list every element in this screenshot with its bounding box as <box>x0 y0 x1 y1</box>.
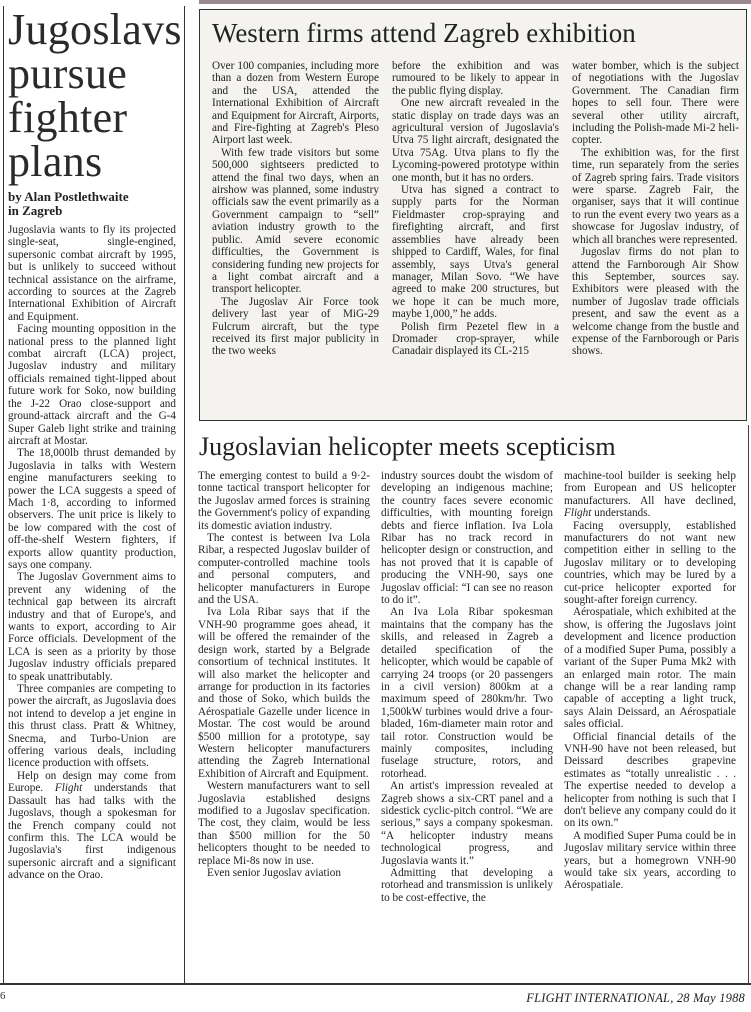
paragraph: water bomber, which is the subject of ne… <box>572 60 739 147</box>
bottom-rule <box>0 983 751 985</box>
right-border-rule <box>748 425 749 983</box>
paragraph: Over 100 companies, includ­ing more than… <box>212 60 379 147</box>
paragraph: Jugoslav firms do not plan to attend the… <box>572 246 739 358</box>
paragraph: The 18,000lb thrust demanded by Jugoslav… <box>8 447 176 571</box>
paragraph: The emerging contest to build a 9·2-tonn… <box>198 470 370 532</box>
byline-location: in Zagreb <box>8 204 176 218</box>
text-column: machine-tool builder is seeking help fro… <box>564 470 736 904</box>
paragraph: The Jugoslav Government aims to prevent … <box>8 571 176 683</box>
paragraph: Aérospatiale, which exhibi­ted at the sh… <box>564 606 736 730</box>
publication-footer: FLIGHT INTERNATIONAL, 28 May 1988 <box>526 991 745 1006</box>
helicopter-headline: Jugoslavian helicopter meets scepticism <box>199 432 616 462</box>
paragraph: before the exhibition and was rumoured t… <box>392 60 559 97</box>
text-column: water bomber, which is the subject of ne… <box>572 60 739 358</box>
text-column: The emerging contest to build a 9·2-tonn… <box>198 470 370 904</box>
headline-line: pursue <box>8 52 176 96</box>
paragraph: One new aircraft revealed in the static … <box>392 97 559 184</box>
paragraph: Even senior Jugoslav aviation <box>198 867 370 879</box>
paragraph: Three companies are com­peting to power … <box>8 683 176 770</box>
headline-line: fighter <box>8 96 176 140</box>
paragraph: An Iva Lola Ribar spokesman maintains th… <box>381 606 553 780</box>
paragraph: Polish firm Pezetel flew in a Dromader c… <box>392 321 559 358</box>
paragraph: An artist's impression revealed at Zagre… <box>381 780 553 867</box>
page-number: 6 <box>0 990 6 1002</box>
flight-italic: Flight <box>55 782 82 794</box>
paragraph: Facing oversupply, estab­lished manufact… <box>564 520 736 607</box>
paragraph: The exhibition was, for the first time, … <box>572 147 739 246</box>
paragraph: Admitting that developing a rotorhead an… <box>381 867 553 904</box>
paragraph: Iva Lola Ribar says that if the VNH-90 p… <box>198 606 370 780</box>
fighter-headline: Jugoslavs pursue fighter plans <box>8 8 176 184</box>
left-border-rule <box>3 6 4 984</box>
headline-line: plans <box>8 140 176 184</box>
paragraph: industry sources doubt the wisdom of dev… <box>381 470 553 606</box>
text-column: Over 100 companies, includ­ing more than… <box>212 60 379 358</box>
paragraph: The contest is between Iva Lola Ribar, a… <box>198 532 370 606</box>
paragraph: The Jugoslav Air Force took delivery las… <box>212 296 379 358</box>
text-column: before the exhibition and was rumoured t… <box>392 60 559 358</box>
text-run: under­stands that Dassault has had talks… <box>8 782 176 881</box>
headline-line: Jugoslavs <box>8 8 176 52</box>
exhibition-article-box: Western firms attend Zagreb exhibition O… <box>199 9 747 421</box>
paragraph: Help on design may come from Europe. Fli… <box>8 770 176 882</box>
byline-author: by Alan Postlethwaite <box>8 190 176 204</box>
text-column: industry sources doubt the wisdom of dev… <box>381 470 553 904</box>
paragraph: Utva has signed a contract to supply par… <box>392 184 559 320</box>
exhibition-headline: Western firms attend Zagreb exhibition <box>212 18 636 48</box>
paragraph: A modified Super Puma could be in Jugosl… <box>564 830 736 892</box>
column-divider-rule <box>184 6 185 984</box>
flight-italic: Flight <box>564 507 591 519</box>
box-top-band <box>199 0 751 4</box>
fighter-article: Jugoslavs pursue fighter plans by Alan P… <box>8 8 176 882</box>
text-run: machine-tool builder is seeking help fro… <box>564 470 736 507</box>
text-run: under­stands. <box>591 507 650 519</box>
paragraph: Official financial details of the VNH-90… <box>564 731 736 830</box>
paragraph: With few trade visitors but some 500,000… <box>212 147 379 296</box>
byline: by Alan Postlethwaite in Zagreb <box>8 190 176 218</box>
paragraph: Facing mounting opposition in the nation… <box>8 323 176 447</box>
magazine-page: Jugoslavs pursue fighter plans by Alan P… <box>0 0 751 1012</box>
exhibition-columns: Over 100 companies, includ­ing more than… <box>212 60 740 358</box>
paragraph: Western manufacturers want to sell Jugos… <box>198 780 370 867</box>
paragraph: machine-tool builder is seeking help fro… <box>564 470 736 520</box>
helicopter-columns: The emerging contest to build a 9·2-tonn… <box>198 470 744 904</box>
paragraph: Jugoslavia wants to fly its projected si… <box>8 224 176 323</box>
